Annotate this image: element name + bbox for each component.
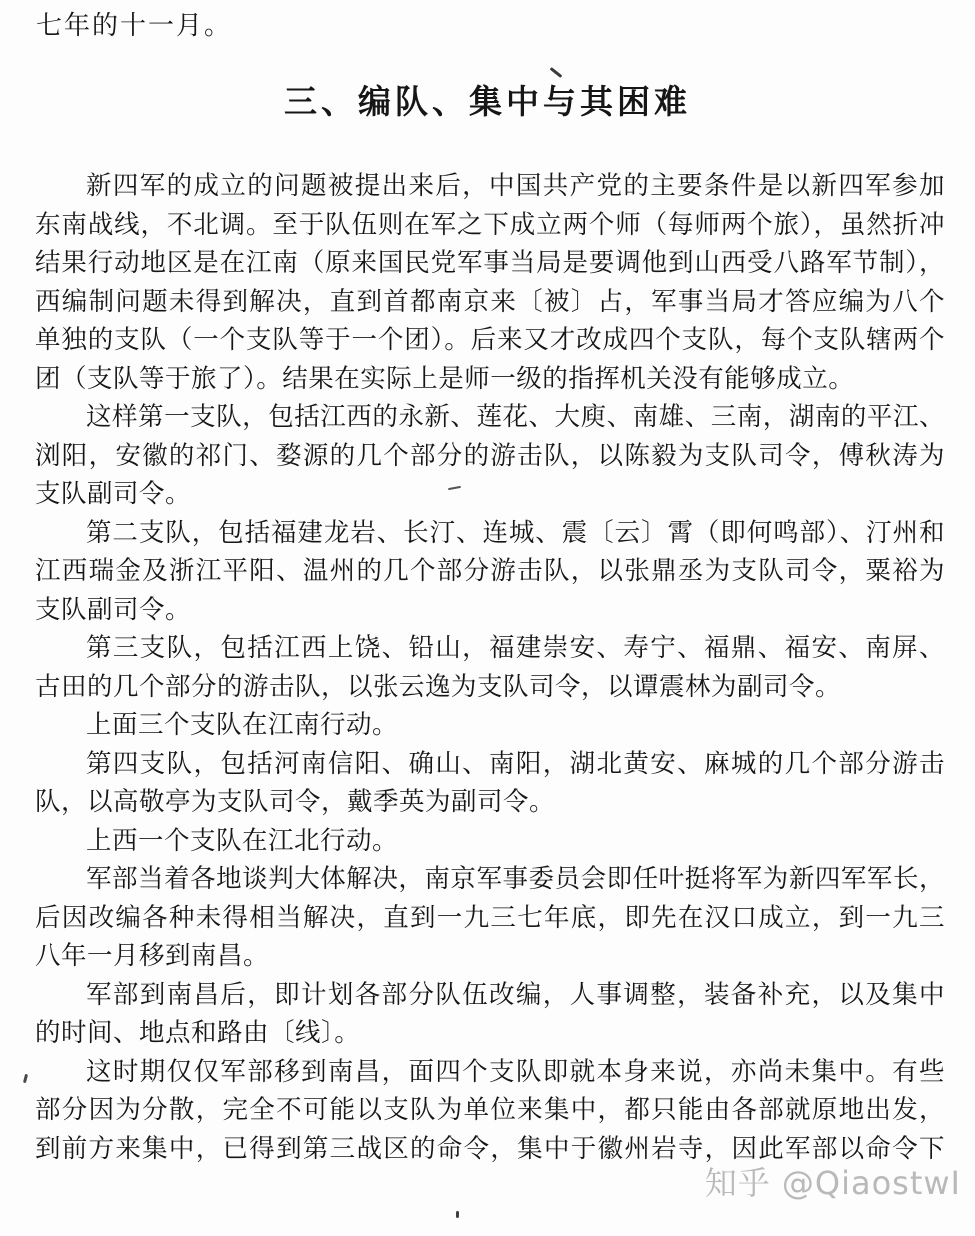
text-line: 结果行动地区是在江南（原来国民党军事当局是要调他到山西受八路军节制）， — [35, 244, 945, 283]
text-line: 八年一月移到南昌。 — [35, 937, 945, 976]
scan-artifact — [23, 1074, 28, 1083]
paragraph-5: 上面三个支队在江南行动。 — [35, 706, 945, 745]
text-line: 队，以高敬亭为支队司令，戴季英为副司令。 — [35, 783, 945, 822]
text-line: 支队副司令。 — [35, 475, 945, 514]
text-line: 西编制问题未得到解决，直到首都南京来〔被〕占，军事当局才答应编为八个 — [35, 283, 945, 322]
scan-artifact — [550, 67, 563, 78]
text-line: 军部到南昌后，即计划各部分队伍改编，人事调整，装备补充，以及集中 — [35, 976, 945, 1015]
text-line: 部分因为分散，完全不可能以支队为单位来集中，都只能由各部就原地出发， — [35, 1091, 945, 1130]
section-title: 三、编队、集中与其困难 — [0, 82, 975, 122]
paragraph-4: 第三支队，包括江西上饶、铅山，福建崇安、寿宁、福鼎、福安、南屏、 古田的几个部分… — [35, 629, 945, 706]
zhihu-watermark: 知乎 @QiaostwI — [705, 1163, 961, 1203]
scan-artifact — [456, 1211, 459, 1218]
paragraph-8: 军部当着各地谈判大体解决，南京军事委员会即任叶挺将军为新四军军长， 后因改编各种… — [35, 860, 945, 976]
text-line: 上西一个支队在江北行动。 — [35, 822, 945, 861]
text-line: 第三支队，包括江西上饶、铅山，福建崇安、寿宁、福鼎、福安、南屏、 — [35, 629, 945, 668]
text-line: 支队副司令。 — [35, 591, 945, 630]
paragraph-1: 新四军的成立的问题被提出来后，中国共产党的主要条件是以新四军参加 东南战线，不北… — [35, 167, 945, 398]
text-line: 后因改编各种未得相当解决，直到一九三七年底，即先在汉口成立，到一九三 — [35, 899, 945, 938]
document-body: 新四军的成立的问题被提出来后，中国共产党的主要条件是以新四军参加 东南战线，不北… — [35, 167, 945, 1168]
text-line: 江西瑞金及浙江平阳、温州的几个部分游击队，以张鼎丞为支队司令，粟裕为 — [35, 552, 945, 591]
text-line: 第二支队，包括福建龙岩、长汀、连城、震〔云〕霄（即何鸣部）、汀州和 — [35, 514, 945, 553]
text-line: 古田的几个部分的游击队，以张云逸为支队司令，以谭震林为副司令。 — [35, 668, 945, 707]
paragraph-10: 这时期仅仅军部移到南昌，面四个支队即就本身来说，亦尚未集中。有些 部分因为分散，… — [35, 1053, 945, 1169]
text-line: 的时间、地点和路由〔线〕。 — [35, 1014, 945, 1053]
text-line: 东南战线，不北调。至于队伍则在军之下成立两个师（每师两个旅），虽然折冲 — [35, 206, 945, 245]
paragraph-2: 这样第一支队，包括江西的永新、莲花、大庾、南雄、三南，湖南的平江、 浏阳，安徽的… — [35, 398, 945, 514]
carryover-text: 七年的十一月。 — [36, 10, 232, 42]
text-line: 这样第一支队，包括江西的永新、莲花、大庾、南雄、三南，湖南的平江、 — [35, 398, 945, 437]
text-line: 新四军的成立的问题被提出来后，中国共产党的主要条件是以新四军参加 — [35, 167, 945, 206]
text-line: 浏阳，安徽的祁门、婺源的几个部分的游击队，以陈毅为支队司令，傅秋涛为 — [35, 437, 945, 476]
text-line: 这时期仅仅军部移到南昌，面四个支队即就本身来说，亦尚未集中。有些 — [35, 1053, 945, 1092]
paragraph-6: 第四支队，包括河南信阳、确山、南阳，湖北黄安、麻城的几个部分游击 队，以高敬亭为… — [35, 745, 945, 822]
paragraph-3: 第二支队，包括福建龙岩、长汀、连城、震〔云〕霄（即何鸣部）、汀州和 江西瑞金及浙… — [35, 514, 945, 630]
text-line: 军部当着各地谈判大体解决，南京军事委员会即任叶挺将军为新四军军长， — [35, 860, 945, 899]
document-page: 七年的十一月。 三、编队、集中与其困难 新四军的成立的问题被提出来后，中国共产党… — [0, 0, 975, 1236]
paragraph-7: 上西一个支队在江北行动。 — [35, 822, 945, 861]
text-line: 第四支队，包括河南信阳、确山、南阳，湖北黄安、麻城的几个部分游击 — [35, 745, 945, 784]
text-line: 单独的支队（一个支队等于一个团）。后来又才改成四个支队，每个支队辖两个 — [35, 321, 945, 360]
text-line: 上面三个支队在江南行动。 — [35, 706, 945, 745]
text-line: 团（支队等于旅了）。结果在实际上是师一级的指挥机关没有能够成立。 — [35, 360, 945, 399]
paragraph-9: 军部到南昌后，即计划各部分队伍改编，人事调整，装备补充，以及集中 的时间、地点和… — [35, 976, 945, 1053]
